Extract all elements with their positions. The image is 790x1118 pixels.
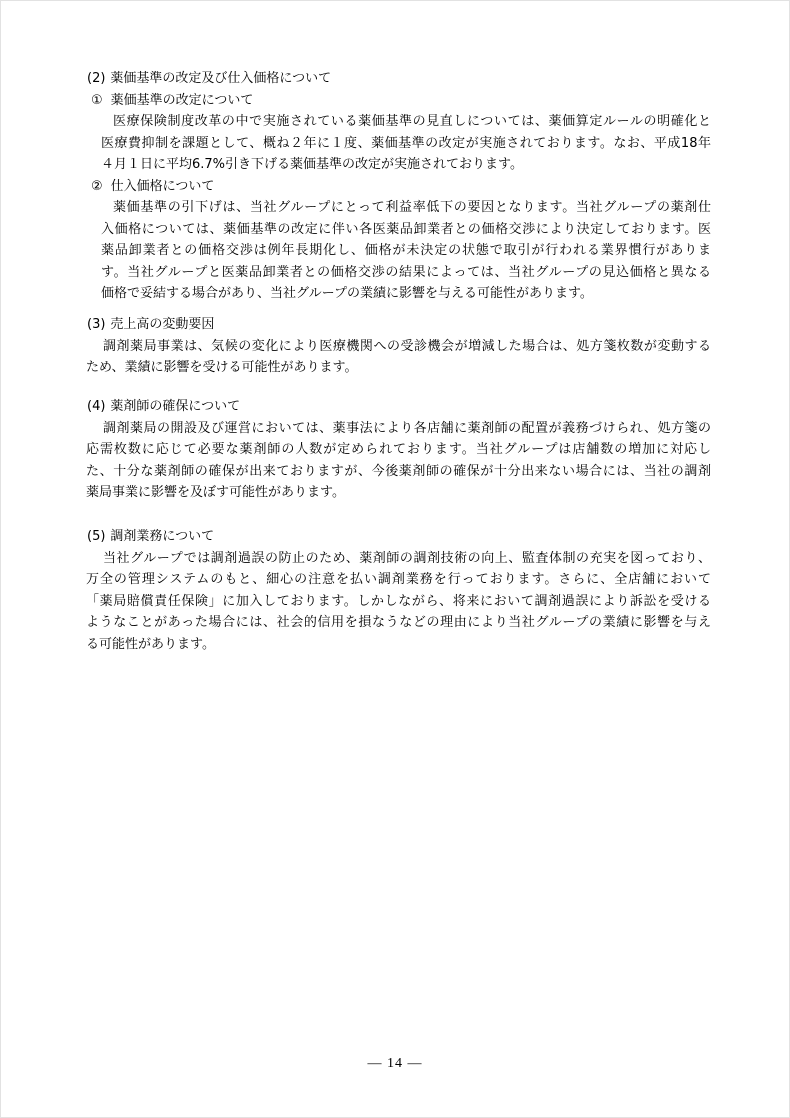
section-5-title: 調剤業務について — [110, 529, 214, 544]
page-footer: — 14 — — [0, 1053, 790, 1075]
section-5-label: (5) — [87, 529, 105, 544]
body-line: 当社グループでは調剤過誤の防止のため、薬剤師の調剤技術の向上、監査体制の充実を図… — [86, 548, 711, 570]
body-line: 応需枚数に応じて必要な薬剤師の人数が定められております。当社グループは店舗数の増… — [86, 439, 711, 461]
section-3-title: 売上高の変動要因 — [110, 317, 214, 332]
body-line: 薬価基準の引下げは、当社グループにとって利益率低下の要因となります。当社グループ… — [101, 197, 711, 219]
subsection-1-heading: ①薬価基準の改定について — [0, 90, 790, 112]
body-line: 調剤薬局の開設及び運営においては、薬事法により各店舗に薬剤師の配置が義務づけられ… — [86, 418, 711, 440]
body-line: 万全の管理システムのもと、細心の注意を払い調剤業務を行っております。さらに、全店… — [86, 569, 711, 591]
section-4-heading: (4)薬剤師の確保について — [0, 396, 790, 418]
body-line: 医療保険制度改革の中で実施されている薬価基準の見直しについては、薬価算定ルールの… — [101, 111, 711, 133]
subsection-2-label: ② — [91, 179, 103, 194]
body-line: ようなことがあった場合には、社会的信用を損なうなどの理由により当社グループの業績… — [86, 612, 711, 634]
subsection-1-title: 薬価基準の改定について — [111, 93, 254, 108]
body-line: 入価格については、薬価基準の改定に伴い各医薬品卸業者との価格交渉により決定してお… — [101, 219, 711, 241]
section-4-label: (4) — [87, 399, 105, 414]
page-number: — 14 — — [368, 1056, 423, 1071]
section-5-heading: (5)調剤業務について — [0, 526, 790, 548]
subsection-2-title: 仕入価格について — [111, 179, 215, 194]
section-3-heading: (3)売上高の変動要因 — [0, 314, 790, 336]
section-3-label: (3) — [87, 317, 105, 332]
body-line: 「薬局賠償責任保険」に加入しております。しかしながら、将来において調剤過誤により… — [86, 591, 711, 613]
body-line: 調剤薬局事業は、気候の変化により医療機関への受診機会が増減した場合は、処方箋枚数… — [86, 336, 711, 358]
section-5: (5)調剤業務について 当社グループでは調剤過誤の防止のため、薬剤師の調剤技術の… — [0, 526, 790, 655]
body-line: る可能性があります。 — [86, 634, 711, 656]
section-2-heading: (2)薬価基準の改定及び仕入価格について — [0, 68, 790, 90]
body-line: す。当社グループと医薬品卸業者との価格交渉の結果によっては、当社グループの見込価… — [101, 262, 711, 284]
subsection-2-heading: ②仕入価格について — [0, 176, 790, 198]
section-2-title: 薬価基準の改定及び仕入価格について — [110, 71, 331, 86]
section-2-label: (2) — [87, 71, 105, 86]
subsection-1-label: ① — [91, 93, 103, 108]
section-4: (4)薬剤師の確保について 調剤薬局の開設及び運営においては、薬事法により各店舗… — [0, 396, 790, 504]
section-4-title: 薬剤師の確保について — [110, 399, 240, 414]
section-3: (3)売上高の変動要因 調剤薬局事業は、気候の変化により医療機関への受診機会が増… — [0, 314, 790, 379]
body-line: 薬局事業に影響を及ぼす可能性があります。 — [86, 482, 711, 504]
body-line: ４月１日に平均6.7%引き下げる薬価基準の改定が実施されております。 — [101, 154, 711, 176]
body-line: 医療費抑制を課題として、概ね２年に１度、薬価基準の改定が実施されております。なお… — [101, 133, 711, 155]
document-page: (2)薬価基準の改定及び仕入価格について ①薬価基準の改定について 医療保険制度… — [0, 0, 790, 1118]
section-2: (2)薬価基準の改定及び仕入価格について ①薬価基準の改定について 医療保険制度… — [0, 68, 790, 305]
body-line: た、十分な薬剤師の確保が出来ておりますが、今後薬剤師の確保が十分出来ない場合には… — [86, 461, 711, 483]
body-line: 価格で妥結する場合があり、当社グループの業績に影響を与える可能性があります。 — [101, 283, 711, 305]
body-line: ため、業績に影響を受ける可能性があります。 — [86, 357, 711, 379]
body-line: 薬品卸業者との価格交渉は例年長期化し、価格が未決定の状態で取引が行われる業界慣行… — [101, 240, 711, 262]
